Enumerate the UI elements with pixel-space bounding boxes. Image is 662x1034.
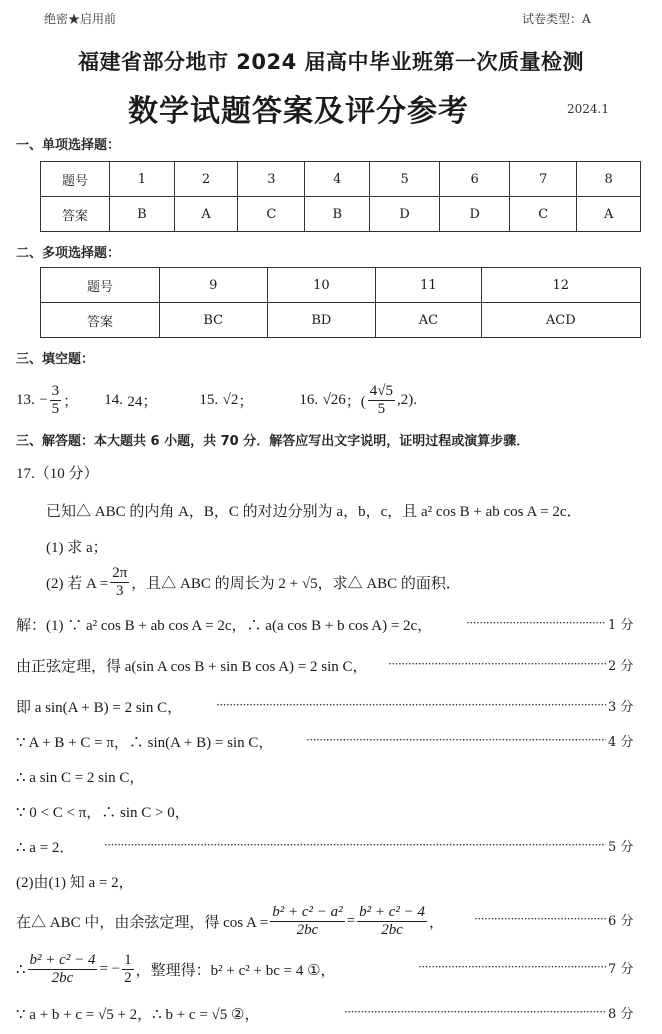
row-header-question: 题号 xyxy=(41,268,160,303)
single-choice-answer-table: 题号 1 2 3 4 5 6 7 8 答案 B A C B D D C A xyxy=(40,161,641,232)
table-row-answers: 答案 BC BD AC ACD xyxy=(41,303,641,338)
question-cell: 12 xyxy=(481,268,640,303)
q16-fraction: 4√5 5 xyxy=(368,383,395,417)
question-cell: 6 xyxy=(440,162,510,197)
score-mark: 6 分 xyxy=(608,910,633,929)
q14-label: 14. xyxy=(104,392,123,409)
question-cell: 1 xyxy=(110,162,175,197)
score-mark: 5 分 xyxy=(608,836,633,855)
leader-dots: ········································… xyxy=(344,1005,606,1019)
score-mark: 3 分 xyxy=(608,696,633,715)
leader-dots: ········································… xyxy=(306,733,606,747)
q17-part2: (2) 若 A = 2π 3 ，且△ ABC 的周长为 2 + √5，求△ AB… xyxy=(46,560,461,604)
q17-statement: 已知△ ABC 的内角 A，B，C 的对边分别为 a，b，c，且 a² cos … xyxy=(46,500,582,521)
leader-dots: ········································… xyxy=(216,698,606,712)
solution-line-1: 解：(1) ∵ a² cos B + ab cos A = 2c，∴ a(a c… xyxy=(16,614,432,635)
solution-line-8: (2)由(1) 知 a = 2， xyxy=(16,871,134,892)
question-cell: 11 xyxy=(376,268,481,303)
confidential-label: 绝密★启用前 xyxy=(44,10,116,27)
table-row-answers: 答案 B A C B D D C A xyxy=(41,197,641,232)
answer-cell: A xyxy=(174,197,238,232)
document-subtitle: 数学试题答案及评分参考 xyxy=(128,86,469,130)
score-mark: 1 分 xyxy=(608,614,633,633)
document-title: 福建省部分地市 2024 届高中毕业班第一次质量检测 xyxy=(0,46,662,76)
question-cell: 5 xyxy=(370,162,440,197)
answer-cell: D xyxy=(440,197,510,232)
question-cell: 10 xyxy=(267,268,376,303)
leader-dots: ········································… xyxy=(388,657,606,671)
question-cell: 4 xyxy=(305,162,370,197)
question-cell: 2 xyxy=(174,162,238,197)
answer-cell: B xyxy=(305,197,370,232)
q13-sign: − xyxy=(39,392,47,409)
q15-label: 15. xyxy=(199,392,218,409)
row-header-answer: 答案 xyxy=(41,303,160,338)
multi-choice-answer-table: 题号 9 10 11 12 答案 BC BD AC ACD xyxy=(40,267,641,338)
solution-line-5: ∴ a sin C = 2 sin C， xyxy=(16,766,144,787)
solution-line-7: ∴ a = 2． xyxy=(16,836,74,857)
answer-cell: C xyxy=(510,197,577,232)
answer-cell: D xyxy=(370,197,440,232)
row-header-question: 题号 xyxy=(41,162,110,197)
question-cell: 9 xyxy=(160,268,268,303)
table-row-questions: 题号 1 2 3 4 5 6 7 8 xyxy=(41,162,641,197)
paper-type-label: 试卷类型：A xyxy=(522,10,591,27)
solution-line-10: ∴ b² + c² − 4 2bc = − 1 2 ，整理得：b² + c² +… xyxy=(16,944,336,994)
score-mark: 2 分 xyxy=(608,655,633,674)
solution-line-6: ∵ 0 < C < π，∴ sin C > 0， xyxy=(16,801,190,822)
score-mark: 4 分 xyxy=(608,731,633,750)
question-cell: 3 xyxy=(238,162,305,197)
answer-cell: ACD xyxy=(481,303,640,338)
solution-line-11: ∵ a + b + c = √5 + 2，∴ b + c = √5 ②， xyxy=(16,1003,259,1024)
q15-answer: √2 xyxy=(223,392,239,409)
q17-part1: (1) 求 a； xyxy=(46,536,108,557)
question-cell: 8 xyxy=(577,162,641,197)
q17-title: 17.（10 分） xyxy=(16,462,99,483)
document-date: 2024.1 xyxy=(567,102,609,116)
row-header-answer: 答案 xyxy=(41,197,110,232)
q16-label: 16. xyxy=(299,392,318,409)
leader-dots: ········································… xyxy=(474,912,606,926)
solution-line-4: ∵ A + B + C = π，∴ sin(A + B) = sin C， xyxy=(16,731,273,752)
leader-dots: ········································… xyxy=(104,838,606,852)
answer-cell: A xyxy=(577,197,641,232)
answer-cell: AC xyxy=(376,303,481,338)
fill-blank-answers: 13. − 3 5 ； 14. 24； 15. √2 ； 16. √26 ；( … xyxy=(16,376,417,424)
answer-cell: B xyxy=(110,197,175,232)
score-mark: 8 分 xyxy=(608,1003,633,1022)
section1-heading: 一、单项选择题： xyxy=(16,134,120,153)
q16-answer1: √26 xyxy=(323,392,346,409)
section3-heading: 三、填空题： xyxy=(16,348,94,367)
section2-heading: 二、多项选择题： xyxy=(16,242,120,261)
section4-heading: 三、解答题：本大题共 6 小题，共 70 分．解答应写出文字说明，证明过程或演算… xyxy=(16,430,529,449)
solution-line-3: 即 a sin(A + B) = 2 sin C， xyxy=(16,696,182,717)
leader-dots: ········································… xyxy=(466,616,606,630)
table-row-questions: 题号 9 10 11 12 xyxy=(41,268,641,303)
question-cell: 7 xyxy=(510,162,577,197)
solution-line-9: 在△ ABC 中，由余弦定理，得 cos A = b² + c² − a² 2b… xyxy=(16,896,444,946)
score-mark: 7 分 xyxy=(608,958,633,977)
q14-answer: 24； xyxy=(127,390,157,411)
answer-cell: BD xyxy=(267,303,376,338)
answer-cell: BC xyxy=(160,303,268,338)
answer-cell: C xyxy=(238,197,305,232)
solution-line-2: 由正弦定理，得 a(sin A cos B + sin B cos A) = 2… xyxy=(16,655,368,676)
q13-fraction: 3 5 xyxy=(50,383,62,417)
leader-dots: ········································… xyxy=(418,960,606,974)
q13-label: 13. xyxy=(16,392,35,409)
